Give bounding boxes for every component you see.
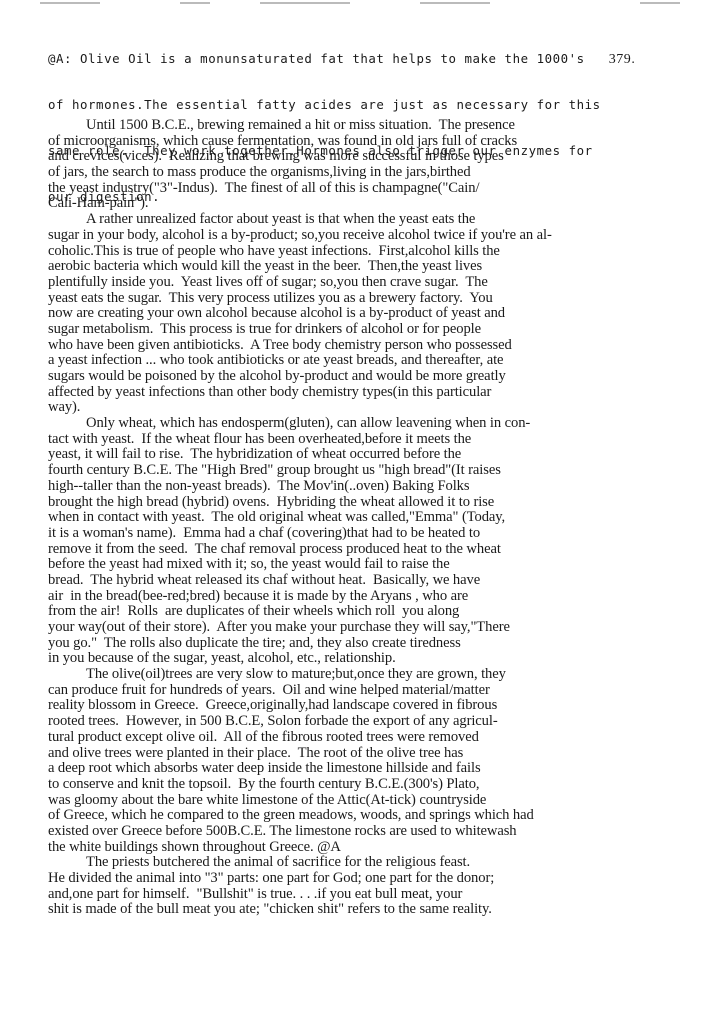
document-body: Until 1500 B.C.E., brewing remained a hi… (48, 118, 688, 918)
text-line: a yeast infection ... who took antibioti… (48, 353, 688, 369)
text-line: tural product except olive oil. All of t… (48, 730, 688, 746)
text-line: the yeast industry("3"-Indus). The fines… (48, 181, 688, 197)
text-line: can produce fruit for hundreds of years.… (48, 683, 688, 699)
text-line: from the air! Rolls are duplicates of th… (48, 604, 688, 620)
text-line: sugar metabolism. This process is true f… (48, 322, 688, 338)
text-line: of microorganisms, which cause fermentat… (48, 134, 688, 150)
text-line: you go." The rolls also duplicate the ti… (48, 636, 688, 652)
text-line: remove it from the seed. The chaf remova… (48, 542, 688, 558)
text-line: A rather unrealized factor about yeast i… (48, 212, 688, 228)
text-line: bread. The hybrid wheat released its cha… (48, 573, 688, 589)
text-line: was gloomy about the bare white limeston… (48, 793, 688, 809)
paragraph-brewing: Until 1500 B.C.E., brewing remained a hi… (48, 118, 688, 212)
text-line: Until 1500 B.C.E., brewing remained a hi… (48, 118, 688, 134)
note-line: of hormones.The essential fatty acides a… (48, 97, 688, 112)
text-line: fourth century B.C.E. The "High Bred" gr… (48, 463, 688, 479)
text-line: The olive(oil)trees are very slow to mat… (48, 667, 688, 683)
text-line: when in contact with yeast. The old orig… (48, 510, 688, 526)
page-number: 379. (609, 52, 636, 67)
text-line: The priests butchered the animal of sacr… (48, 855, 688, 871)
text-line: air in the bread(bee-red;bred) because i… (48, 589, 688, 605)
text-line: yeast eats the sugar. This very process … (48, 291, 688, 307)
paragraph-olive-trees: The olive(oil)trees are very slow to mat… (48, 667, 688, 855)
text-line: now are creating your own alcohol becaus… (48, 306, 688, 322)
text-line: sugars would be poisoned by the alcohol … (48, 369, 688, 385)
text-line: the white buildings shown throughout Gre… (48, 840, 688, 856)
text-line: in you because of the sugar, yeast, alco… (48, 651, 688, 667)
text-line: way). (48, 400, 688, 416)
text-line: yeast, it will fail to rise. The hybridi… (48, 447, 688, 463)
text-line: of jars, the search to mass produce the … (48, 165, 688, 181)
text-line: coholic.This is true of people who have … (48, 244, 688, 260)
text-line: a deep root which absorbs water deep ins… (48, 761, 688, 777)
text-line: aerobic bacteria which would kill the ye… (48, 259, 688, 275)
text-line: to conserve and knit the topsoil. By the… (48, 777, 688, 793)
text-line: high--taller than the non-yeast breads).… (48, 479, 688, 495)
paragraph-wheat: Only wheat, which has endosperm(gluten),… (48, 416, 688, 667)
paragraph-yeast: A rather unrealized factor about yeast i… (48, 212, 688, 416)
text-line: before the yeast had mixed with it; so, … (48, 557, 688, 573)
text-line: Cali-Ham-pain"). (48, 196, 688, 212)
text-line: tact with yeast. If the wheat flour has … (48, 432, 688, 448)
text-line: your way(out of their store). After you … (48, 620, 688, 636)
text-line: it is a woman's name). Emma had a chaf (… (48, 526, 688, 542)
text-line: brought the high bread (hybrid) ovens. H… (48, 495, 688, 511)
text-line: of Greece, which he compared to the gree… (48, 808, 688, 824)
scan-artifact-strip (0, 0, 720, 8)
text-line: Only wheat, which has endosperm(gluten),… (48, 416, 688, 432)
text-line: reality blossom in Greece. Greece,origin… (48, 698, 688, 714)
text-line: and crevices(vices). Realizing that brew… (48, 149, 688, 165)
text-line: who have been given antibioticks. A Tree… (48, 338, 688, 354)
text-line: rooted trees. However, in 500 B.C.E, Sol… (48, 714, 688, 730)
text-line: affected by yeast infections than other … (48, 385, 688, 401)
text-line: shit is made of the bull meat you ate; "… (48, 902, 688, 918)
text-line: sugar in your body, alcohol is a by-prod… (48, 228, 688, 244)
paragraph-sacrifice: The priests butchered the animal of sacr… (48, 855, 688, 918)
text-line: existed over Greece before 500B.C.E. The… (48, 824, 688, 840)
note-line: @A: Olive Oil is a monunsaturated fat th… (48, 51, 688, 67)
text-line: and olive trees were planted in their pl… (48, 746, 688, 762)
text-line: and,one part for himself. "Bullshit" is … (48, 887, 688, 903)
text-line: He divided the animal into "3" parts: on… (48, 871, 688, 887)
text-line: plentifully inside you. Yeast lives off … (48, 275, 688, 291)
